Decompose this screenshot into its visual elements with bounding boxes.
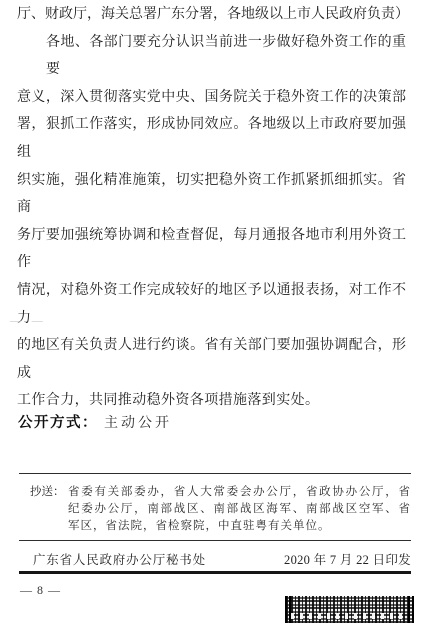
cc-lines: 省委有关部委办，省人大常委会办公厅，省政协办公厅，省 纪委办公厅，南部战区、南部… [68, 484, 410, 534]
cc-block: 抄送： 省委有关部委办，省人大常委会办公厅，省政协办公厅，省 纪委办公厅，南部战… [30, 484, 410, 534]
body-line: 务厅要加强统筹协调和检查督促，每月通报各地市利用外资工作 [17, 222, 406, 277]
document-body: 厅、财政厅，海关总署广东分署，各地级以上市人民政府负责） 各地、各部门要充分认识… [17, 1, 406, 415]
disclosure-method-line: 公开方式：主动公开 [18, 413, 172, 434]
body-line: 各地、各部门要充分认识当前进一步做好稳外资工作的重要 [17, 29, 406, 84]
cc-line: 纪委办公厅，南部战区、南部战区海军、南部战区空军、省 [68, 501, 410, 518]
disclosure-value: 主动公开 [104, 416, 172, 431]
body-line: 署，狠抓工作落实，形成协同效应。各地级以上市政府要加强组 [17, 111, 406, 166]
margin-fold-marks: — — [10, 315, 47, 327]
divider-rule-top [19, 473, 411, 474]
divider-rule-middle [19, 540, 411, 541]
issuer-office: 广东省人民政府办公厅秘书处 [19, 550, 206, 570]
divider-rule-bottom-thick [19, 571, 411, 574]
cc-line: 省委有关部委办，省人大常委会办公厅，省政协办公厅，省 [68, 484, 410, 501]
issuer-row: 广东省人民政府办公厅秘书处 2020 年 7 月 22 日印发 [19, 550, 411, 570]
body-line: 意义，深入贯彻落实党中央、国务院关于稳外资工作的决策部 [17, 84, 406, 112]
cc-label: 抄送： [30, 484, 68, 534]
page-number: — 8 — [20, 582, 61, 599]
body-line: 情况，对稳外资工作完成较好的地区予以通报表扬，对工作不力 [17, 277, 406, 332]
print-date: 2020 年 7 月 22 日印发 [284, 550, 411, 570]
body-line: 的地区有关负责人进行约谈。省有关部门要加强协调配合，形成 [17, 332, 406, 387]
body-line: 工作合力，共同推动稳外资各项措施落到实处。 [17, 387, 406, 415]
disclosure-label: 公开方式： [18, 415, 98, 431]
body-line: 织实施，强化精准施策，切实把稳外资工作抓紧抓细抓实。省商 [17, 167, 406, 222]
body-line: 厅、财政厅，海关总署广东分署，各地级以上市人民政府负责） [17, 1, 406, 29]
barcode-icon [285, 596, 414, 623]
cc-line: 军区，省法院，省检察院，中直驻粤有关单位。 [68, 518, 410, 535]
document-page: 厅、财政厅，海关总署广东分署，各地级以上市人民政府负责） 各地、各部门要充分认识… [0, 0, 422, 630]
